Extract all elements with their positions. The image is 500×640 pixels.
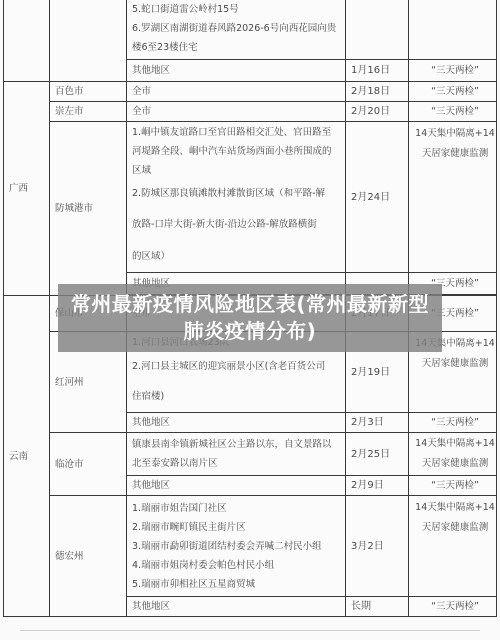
date-cell: 2月18日 [346,82,409,102]
measure-line: 天居家健康监测 [414,518,496,538]
date-cell: 2月9日 [346,476,409,496]
province-cell: 云南 [4,296,50,617]
area-cell: 镇康县南伞镇新城社区公主路以东，自文景路以 北至泰安路以南片区 [127,433,346,476]
date-cell: 2月3日 [346,413,409,433]
date-cell: 长期 [346,597,409,617]
city-cell: 德宏州 [50,496,127,617]
area-line: 河堤路全段、峒中汽车站货场西面小巷所围成的 [132,142,345,161]
area-line: 住宿楼) [132,382,345,412]
measure-line: 天居家健康监测 [414,454,496,474]
area-line: 楼6至23楼住宅 [132,38,345,57]
date-cell: 1月16日 [346,60,409,82]
measure-cell: “三天两检” [409,60,497,82]
measure-cell: “三天两检” [409,476,497,496]
measure-line: 天居家健康监测 [414,144,496,164]
measure-cell [409,0,497,60]
measure-line: 天居家健康监测 [414,354,496,374]
date-cell: 2月20日 [346,102,409,122]
area-cell: 全市 [127,102,346,122]
area-cell: 其他地区 [127,413,346,433]
city-cell: 临沧市 [50,433,127,496]
area-cell: 全市 [127,82,346,102]
date-cell: 2月25日 [346,433,409,476]
area-line: 6.罗湖区南湖街道春风路2026-6号向西花园向贵 [132,19,345,38]
measure-line: 14天集中隔离+14 [414,434,496,454]
table-row: 德宏州 1.瑞丽市姐告国门社区 2.瑞丽市畹町镇民主街片区 3.瑞丽市勐卯街道团… [4,496,497,597]
banner-title: 常州最新疫情风险地区表(常州最新新型肺炎疫情分布) [58,291,442,345]
area-cell: 其他地区 [127,476,346,496]
table-row: 防城港市 1.峒中镇友谊路口至官田路相交汇处、官田路至 河堤路全段、峒中汽车站货… [4,122,497,273]
province-cell: 广西 [4,82,50,296]
area-line: 2.河口县主城区的迎宾丽景小区(含老百货公司 [132,352,345,382]
area-line: 3.瑞丽市勐卯街道团结村委会弄喊二村民小组 [132,537,345,556]
province-cell [4,0,50,82]
title-banner-overlay: 常州最新疫情风险地区表(常州最新新型肺炎疫情分布) [58,284,442,352]
measure-cell: “三天两检” [409,82,497,102]
date-cell: 2月24日 [346,122,409,273]
table-row: 临沧市 镇康县南伞镇新城社区公主路以东，自文景路以 北至泰安路以南片区 2月25… [4,433,497,476]
date-cell [346,0,409,60]
area-cell: 1.峒中镇友谊路口至官田路相交汇处、官田路至 河堤路全段、峒中汽车站货场西面小巷… [127,122,346,273]
measure-cell: “三天两检” [409,413,497,433]
area-line: 5.蛇口街道雷公岭村15号 [132,0,345,19]
table-row: 5.蛇口街道雷公岭村15号 6.罗湖区南湖街道春风路2026-6号向西花园向贵 … [4,0,497,60]
table-row: 崇左市 全市 2月20日 “三天两检” [4,102,497,122]
table-row: 广西 百色市 全市 2月18日 “三天两检” [4,82,497,102]
area-cell: 其他地区 [127,60,346,82]
city-cell: 百色市 [50,82,127,102]
measure-line: 14天集中隔离+14 [414,124,496,144]
measure-cell: 14天集中隔离+14 天居家健康监测 [409,496,497,597]
area-cell: 1.瑞丽市姐告国门社区 2.瑞丽市畹町镇民主街片区 3.瑞丽市勐卯街道团结村委会… [127,496,346,597]
area-line: 2.瑞丽市畹町镇民主街片区 [132,518,345,537]
area-cell: 其他地区 [127,597,346,617]
area-line: 1.峒中镇友谊路口至官田路相交汇处、官田路至 [132,123,345,142]
area-line: 2.防城区那良镇滩散村滩散街区域（和平路-解 [132,180,345,208]
measure-cell: “三天两检” [409,597,497,617]
area-line: 区域 [132,161,345,180]
area-line: 1.瑞丽市姐告国门社区 [132,499,345,518]
area-line: 北至泰安路以南片区 [132,454,345,473]
page-edge-divider [20,630,480,631]
city-cell: 防城港市 [50,122,127,296]
area-cell: 5.蛇口街道雷公岭村15号 6.罗湖区南湖街道春风路2026-6号向西花园向贵 … [127,0,346,60]
area-line: 的区域） [132,242,345,272]
city-cell: 崇左市 [50,102,127,122]
area-line: 5.瑞丽市卯相社区五星商贸城 [132,575,345,594]
date-cell: 3月2日 [346,496,409,597]
measure-cell: 14天集中隔离+14 天居家健康监测 [409,122,497,273]
city-cell [50,0,127,82]
area-line: 镇康县南伞镇新城社区公主路以东，自文景路以 [132,435,345,454]
measure-line: 14天集中隔离+14 [414,498,496,518]
measure-cell: 14天集中隔离+14 天居家健康监测 [409,433,497,476]
measure-cell: “三天两检” [409,102,497,122]
area-line: 放路-口岸大街-新大街-沿边公路-解放路横街 [132,208,345,242]
area-line: 4.瑞丽市姐岗村委会帕色村民小组 [132,556,345,575]
